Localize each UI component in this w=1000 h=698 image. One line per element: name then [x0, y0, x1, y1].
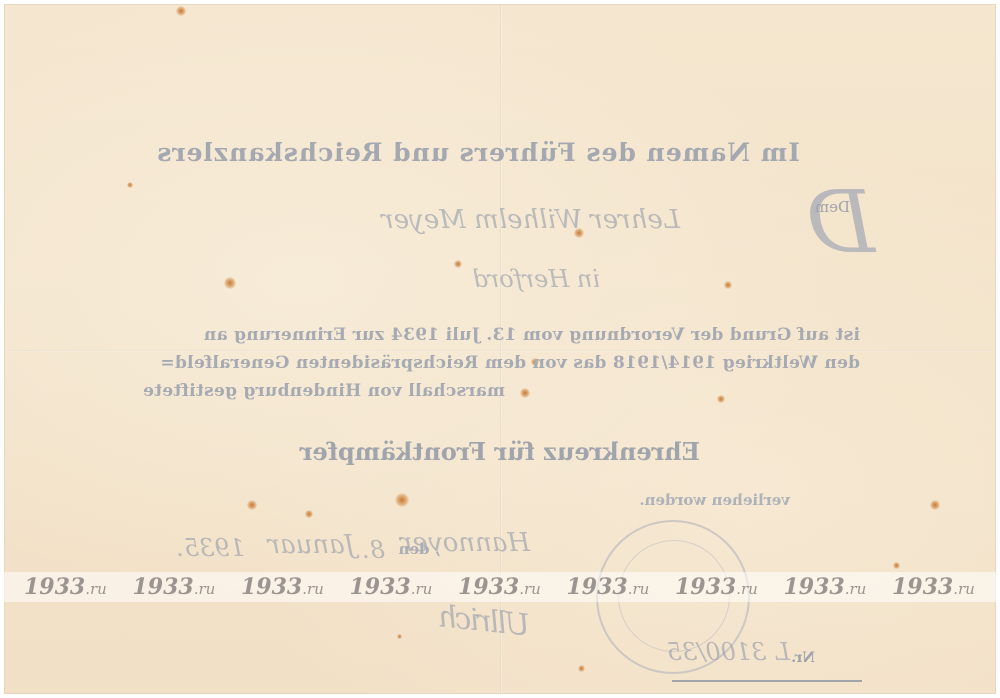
watermark-year: 1933 [350, 574, 411, 600]
watermark-text: 1933.ru [543, 574, 652, 600]
watermark-text: 1933.ru [109, 574, 218, 600]
watermark-suffix: .ru [519, 580, 541, 598]
watermark-year: 1933 [675, 574, 736, 600]
date-day: 8. [362, 536, 385, 564]
watermark-text: 1933.ru [326, 574, 435, 600]
watermark-suffix: .ru [85, 580, 107, 598]
watermark-suffix: .ru [628, 580, 650, 598]
watermark-year: 1933 [133, 574, 194, 600]
watermark-year: 1933 [567, 574, 628, 600]
recipient-name-handwritten: Lehrer Wilhelm Meyer [381, 205, 680, 235]
watermark-year: 1933 [892, 574, 953, 600]
award-name: Ehrenkreuz für Frontkämpfer [300, 437, 700, 466]
salutation-prefix: Dem [815, 198, 850, 216]
watermark-text: 1933.ru [868, 574, 977, 600]
watermark-text: 1933.ru [651, 574, 760, 600]
watermark-suffix: .ru [845, 580, 867, 598]
watermark-text: 1933.ru [760, 574, 869, 600]
watermark-band: 1933.ru1933.ru1933.ru1933.ru1933.ru1933.… [0, 572, 1000, 602]
body-line-3: marschall von Hindenburg gestiftete [143, 381, 505, 401]
body-line-2: den Weltkrieg 1914/1918 das von dem Reic… [160, 353, 860, 373]
watermark-year: 1933 [784, 574, 845, 600]
watermark-text: 1933.ru [217, 574, 326, 600]
watermark-suffix: .ru [411, 580, 433, 598]
body-line-1: ist auf Grund der Verordnung vom 13. Jul… [204, 325, 860, 345]
number-underline [672, 680, 862, 682]
watermark-suffix: .ru [194, 580, 216, 598]
document-heading: Im Namen des Führers und Reichskanzlers [156, 138, 800, 167]
watermark-year: 1933 [241, 574, 302, 600]
ornamental-initial: D [806, 180, 875, 266]
watermark-suffix: .ru [302, 580, 324, 598]
number-label: Nr. [791, 650, 815, 666]
watermark-suffix: .ru [736, 580, 758, 598]
closing-text: verliehen worden. [639, 491, 790, 509]
number-value: L 3100/35 [667, 638, 790, 666]
recipient-place-handwritten: in Herford [472, 265, 600, 293]
date-month: Januar [268, 530, 355, 560]
watermark-text: 1933.ru [0, 574, 109, 600]
date-separator: , den [399, 540, 440, 558]
watermark-year: 1933 [458, 574, 519, 600]
watermark-year: 1933 [24, 574, 85, 600]
date-year: 1935. [176, 534, 245, 562]
signature: Ullrich [438, 599, 532, 643]
watermark-text: 1933.ru [434, 574, 543, 600]
watermark-suffix: .ru [953, 580, 975, 598]
